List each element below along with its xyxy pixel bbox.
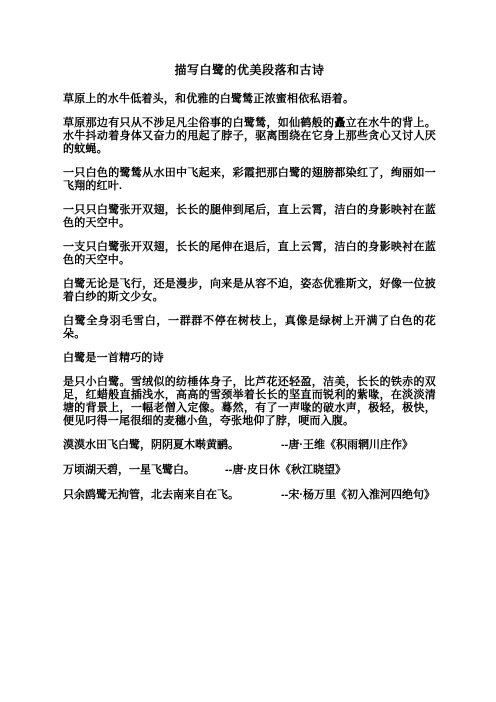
document-title: 描写白鹭的优美段落和古诗: [63, 63, 436, 77]
paragraph: 一支只白鹭张开双翅，长长的尾伸在退后，直上云霄，洁白的身影映衬在蓝色的天空中。: [63, 241, 436, 267]
poem-line: 只余鸥鹭无拘管，北去南来自在飞。--宋·杨万里《初入淮河四绝句》: [63, 489, 436, 502]
poem-verse: 万顷湖天碧，一星飞鹭白。: [63, 464, 195, 476]
poem-source: --唐·王维《积雨辋川庄作》: [281, 439, 413, 452]
paragraph: 草原上的水牛低着头，和优雅的白鹭鸶正浓蜜相依私语着。: [63, 93, 436, 106]
poem-source: --宋·杨万里《初入淮河四绝句》: [281, 489, 435, 502]
document-page: 描写白鹭的优美段落和古诗 草原上的水牛低着头，和优雅的白鹭鸶正浓蜜相依私语着。 …: [0, 0, 496, 702]
poem-line: 万顷湖天碧，一星飞鹭白。--唐·皮日休《秋江晓望》: [63, 464, 436, 477]
poem-line: 漠漠水田飞白鹭，阴阴夏木啭黄鹂。--唐·王维《积雨辋川庄作》: [63, 439, 436, 452]
poem-verse: 漠漠水田飞白鹭，阴阴夏木啭黄鹂。: [63, 439, 239, 451]
paragraph: 一只白色的鹭鸶从水田中飞起来，彩霞把那白鹭的翅膀都染红了，绚丽如一飞翔的红叶.: [63, 167, 436, 193]
paragraph: 白鹭全身羽毛雪白，一群群不停在树枝上，真像是绿树上开满了白色的花朵。: [63, 315, 436, 341]
poem-source: --唐·皮日休《秋江晓望》: [225, 464, 346, 477]
paragraph: 白鹭无论是飞行，还是漫步，向来是从容不迫，姿态优雅斯文，好像一位披着白纱的斯文少…: [63, 278, 436, 304]
paragraph: 草原那边有只从不涉足凡尘俗事的白鹭鸶，如仙鹤般的矗立在水牛的背上。水牛抖动着身体…: [63, 117, 436, 156]
paragraph: 是只小白鹭。雪绒似的纺棰体身子，比芦花还轻盈，洁美，长长的铁赤的双足，红蜡般直插…: [63, 376, 436, 428]
paragraph: 一只只白鹭张开双翅，长长的腿伸到尾后，直上云霄，洁白的身影映衬在蓝色的天空中。: [63, 204, 436, 230]
paragraph-poem-heading: 白鹭是一首精巧的诗: [63, 352, 436, 365]
poem-verse: 只余鸥鹭无拘管，北去南来自在飞。: [63, 489, 239, 501]
